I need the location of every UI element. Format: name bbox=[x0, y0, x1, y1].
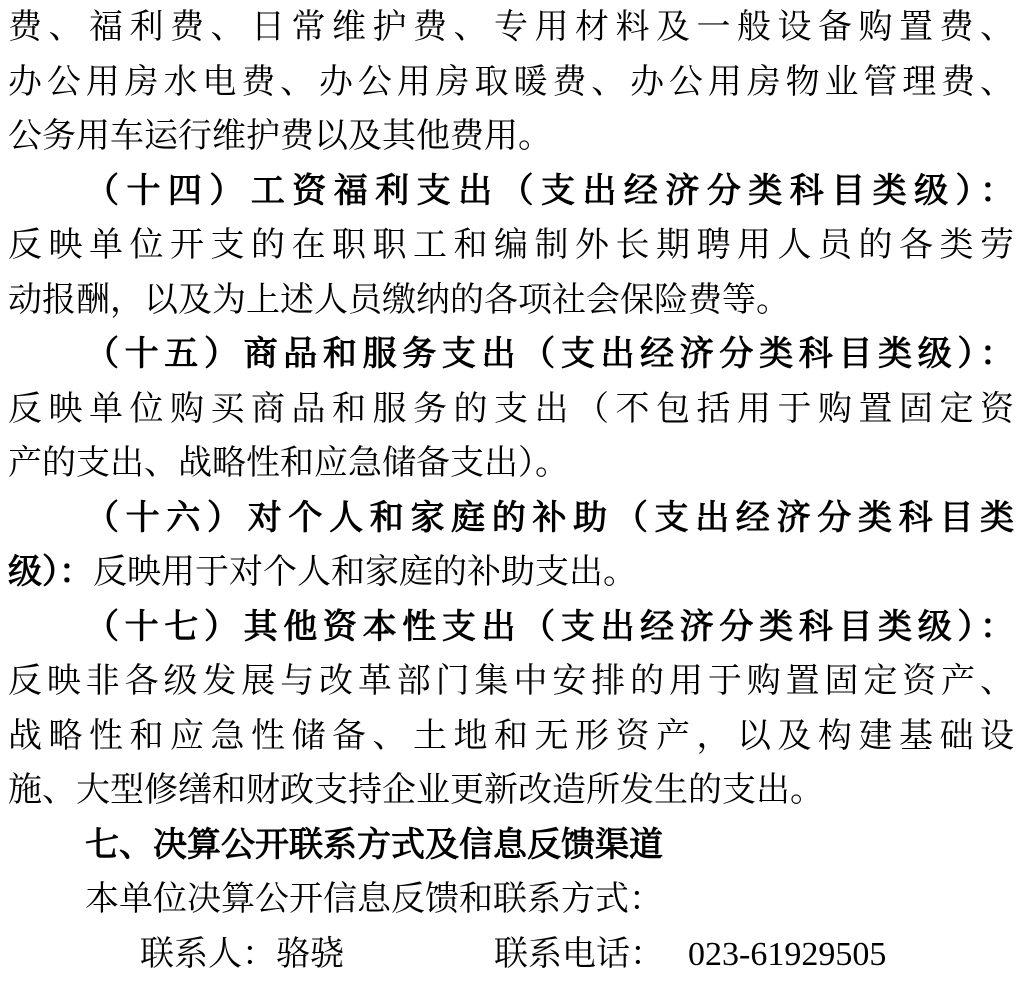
paragraph-text: 反映用于对个人和家庭的补助支出。 bbox=[93, 554, 637, 591]
contact-phone-number: 023-61929505 bbox=[688, 936, 886, 973]
paragraph-line: 反映非各级发展与改革部门集中安排的用于购置固定资产、 bbox=[8, 655, 1014, 710]
contact-person-label: 联系人： bbox=[140, 936, 276, 973]
section-heading-14: （十四）工资福利支出（支出经济分类科目类级）： bbox=[8, 165, 1014, 220]
paragraph-line: 级）：反映用于对个人和家庭的补助支出。 bbox=[8, 546, 1014, 601]
section-heading-15: （十五）商品和服务支出（支出经济分类科目类级）： bbox=[8, 328, 1014, 383]
paragraph-line: 反映单位购买商品和服务的支出（不包括用于购置固定资 bbox=[8, 383, 1014, 438]
section-heading-16: （十六）对个人和家庭的补助（支出经济分类科目类 bbox=[8, 492, 1014, 547]
paragraph-line: 本单位决算公开信息反馈和联系方式： bbox=[8, 873, 1014, 928]
contact-info-line: 联系人：骆骁联系电话：023-61929505 bbox=[8, 928, 1014, 983]
paragraph-line: 费、福利费、日常维护费、专用材料及一般设备购置费、 bbox=[8, 1, 1014, 56]
paragraph-line: 战略性和应急性储备、土地和无形资产，以及构建基础设 bbox=[8, 710, 1014, 765]
section-heading-7: 七、决算公开联系方式及信息反馈渠道 bbox=[8, 819, 1014, 874]
contact-phone-label: 联系电话： bbox=[494, 936, 664, 973]
document-page: 费、福利费、日常维护费、专用材料及一般设备购置费、 办公用房水电费、办公用房取暖… bbox=[0, 0, 1024, 982]
paragraph-line: 施、大型修缮和财政支持企业更新改造所发生的支出。 bbox=[8, 764, 1014, 819]
paragraph-line: 动报酬，以及为上述人员缴纳的各项社会保险费等。 bbox=[8, 274, 1014, 329]
section-heading-17: （十七）其他资本性支出（支出经济分类科目类级）： bbox=[8, 601, 1014, 656]
paragraph-line: 反映单位开支的在职职工和编制外长期聘用人员的各类劳 bbox=[8, 219, 1014, 274]
section-heading-16-continuation: 级）： bbox=[8, 554, 93, 591]
paragraph-line: 公务用车运行维护费以及其他费用。 bbox=[8, 110, 1014, 165]
paragraph-line: 办公用房水电费、办公用房取暖费、办公用房物业管理费、 bbox=[8, 56, 1014, 111]
contact-person-name: 骆骁 bbox=[276, 936, 344, 973]
paragraph-line: 产的支出、战略性和应急储备支出）。 bbox=[8, 437, 1014, 492]
